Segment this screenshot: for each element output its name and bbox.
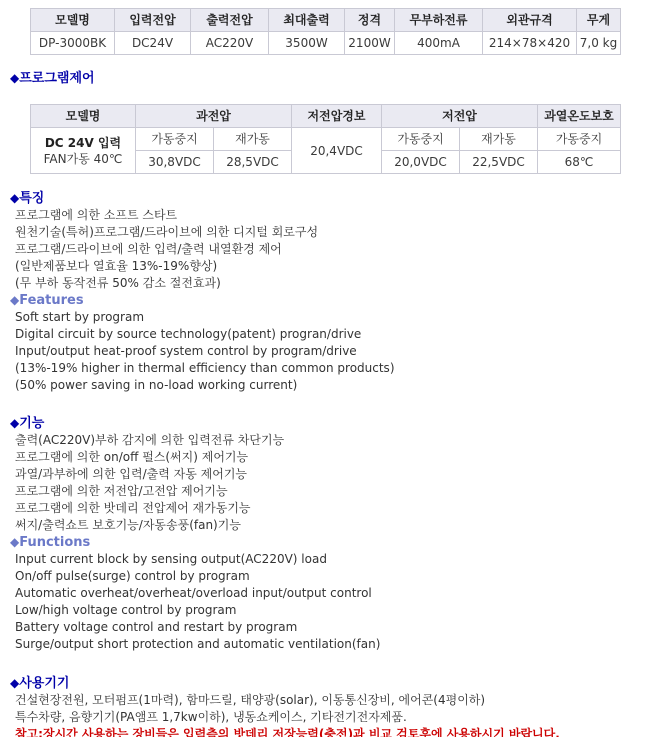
features-ko-line: 원천기술(특허)프로그램/드라이브에 의한 디지털 회로구성 — [10, 224, 651, 241]
functions-ko-line: 과열/과부하에 의한 입력/출력 자동 제어기능 — [10, 466, 651, 483]
spec-header-noload-current: 무부하전류 — [395, 9, 483, 32]
spec-value-model: DP-3000BK — [31, 32, 115, 55]
overheat-value: 68℃ — [538, 151, 621, 174]
functions-en-line: On/off pulse(surge) control by program — [10, 568, 651, 585]
program-header-model: 모델명 — [31, 105, 136, 128]
spec-header-output-voltage: 출력전압 — [191, 9, 269, 32]
spec-value-dimensions: 214×78×420 — [483, 32, 577, 55]
features-en-line: Soft start by program — [10, 309, 651, 326]
spec-header-weight: 무게 — [577, 9, 621, 32]
low-voltage-restart-label: 재가동 — [460, 128, 538, 151]
spec-header-max-output: 최대출력 — [269, 9, 345, 32]
section-title-features-ko: ◆특징 — [10, 190, 651, 207]
program-header-low-voltage: 저전압 — [382, 105, 538, 128]
low-voltage-stop-label: 가동중지 — [382, 128, 460, 151]
program-model-line2: FAN가동 40℃ — [33, 151, 133, 167]
functions-ko-line: 써지/출력쇼트 보호기능/자동송풍(fan)기능 — [10, 517, 651, 534]
applications-line: 특수차량, 음향기기(PA앰프 1,7kw이하), 냉동쇼케이스, 기타전기전자… — [10, 709, 651, 726]
spec-header-model: 모델명 — [31, 9, 115, 32]
features-ko-line: (무 부하 동작전류 50% 감소 절전효과) — [10, 275, 651, 292]
features-en-line: Digital circuit by source technology(pat… — [10, 326, 651, 343]
overvoltage-stop-label: 가동중지 — [136, 128, 214, 151]
diamond-icon: ◆ — [10, 191, 19, 205]
spec-table: 모델명 입력전압 출력전압 최대출력 정격 무부하전류 외관규격 무게 DP-3… — [30, 8, 621, 55]
program-table-header-row: 모델명 과전압 저전압경보 저전압 과열온도보호 — [31, 105, 621, 128]
program-header-overheat-protection: 과열온도보호 — [538, 105, 621, 128]
functions-en-line: Low/high voltage control by program — [10, 602, 651, 619]
section-title-functions-ko-label: 기능 — [19, 416, 44, 431]
section-title-functions-ko: ◆기능 — [10, 415, 651, 432]
spec-value-weight: 7,0 kg — [577, 32, 621, 55]
section-title-program-control: ◆프로그램제어 — [10, 70, 651, 87]
overvoltage-stop-value: 30,8VDC — [136, 151, 214, 174]
program-table-sub-row: DC 24V 입력 FAN가동 40℃ 가동중지 재가동 20,4VDC 가동중… — [31, 128, 621, 151]
overvoltage-restart-label: 재가동 — [214, 128, 292, 151]
features-ko-line: 프로그램/드라이브에 의한 입력/출력 내열환경 제어 — [10, 241, 651, 258]
overheat-label: 가동중지 — [538, 128, 621, 151]
program-header-overvoltage: 과전압 — [136, 105, 292, 128]
spec-header-dimensions: 외관규격 — [483, 9, 577, 32]
section-title-applications: ◆사용기기 — [10, 675, 651, 692]
diamond-icon: ◆ — [10, 676, 19, 690]
spec-table-header-row: 모델명 입력전압 출력전압 최대출력 정격 무부하전류 외관규격 무게 — [31, 9, 621, 32]
functions-ko-line: 프로그램에 의한 on/off 펄스(써지) 제어기능 — [10, 449, 651, 466]
functions-en-line: Input current block by sensing output(AC… — [10, 551, 651, 568]
features-en-line: (13%-19% higher in thermal efficiency th… — [10, 360, 651, 377]
spec-value-noload-current: 400mA — [395, 32, 483, 55]
spec-value-input-voltage: DC24V — [115, 32, 191, 55]
functions-ko-line: 프로그램에 의한 저전압/고전압 제어기능 — [10, 483, 651, 500]
features-ko-line: 프로그램에 의한 소프트 스타트 — [10, 207, 651, 224]
low-voltage-alarm-value: 20,4VDC — [292, 128, 382, 174]
low-voltage-restart-value: 22,5VDC — [460, 151, 538, 174]
functions-en-line: Surge/output short protection and automa… — [10, 636, 651, 653]
program-model-cell: DC 24V 입력 FAN가동 40℃ — [31, 128, 136, 174]
section-title-features-en-label: Features — [19, 293, 83, 308]
product-spec-page: 모델명 입력전압 출력전압 최대출력 정격 무부하전류 외관규격 무게 DP-3… — [0, 0, 651, 737]
features-en-line: Input/output heat-proof system control b… — [10, 343, 651, 360]
low-voltage-stop-value: 20,0VDC — [382, 151, 460, 174]
functions-en-line: Battery voltage control and restart by p… — [10, 619, 651, 636]
program-model-line1: DC 24V 입력 — [33, 135, 133, 151]
section-title-program-control-label: 프로그램제어 — [19, 71, 94, 86]
spec-value-max-output: 3500W — [269, 32, 345, 55]
diamond-icon: ◆ — [10, 293, 19, 307]
section-title-functions-en: ◆Functions — [10, 534, 651, 551]
spec-header-rating: 정격 — [345, 9, 395, 32]
applications-warning-note: 참고:장시간 사용하는 장비들은 입력측의 밧데리 저장능력(충전)과 비교 검… — [10, 726, 651, 737]
features-ko-line: (일반제품보다 열효율 13%-19%향상) — [10, 258, 651, 275]
applications-line: 건설현장전원, 모터펌프(1마력), 함마드릴, 태양광(solar), 이동통… — [10, 692, 651, 709]
functions-en-line: Automatic overheat/overheat/overload inp… — [10, 585, 651, 602]
spec-table-value-row: DP-3000BK DC24V AC220V 3500W 2100W 400mA… — [31, 32, 621, 55]
diamond-icon: ◆ — [10, 71, 19, 85]
overvoltage-restart-value: 28,5VDC — [214, 151, 292, 174]
program-control-table: 모델명 과전압 저전압경보 저전압 과열온도보호 DC 24V 입력 FAN가동… — [30, 104, 621, 174]
section-title-applications-label: 사용기기 — [19, 676, 69, 691]
spec-value-rating: 2100W — [345, 32, 395, 55]
spec-value-output-voltage: AC220V — [191, 32, 269, 55]
spec-header-input-voltage: 입력전압 — [115, 9, 191, 32]
program-header-low-voltage-alarm: 저전압경보 — [292, 105, 382, 128]
section-title-functions-en-label: Functions — [19, 535, 90, 550]
features-en-line: (50% power saving in no-load working cur… — [10, 377, 651, 394]
section-title-features-ko-label: 특징 — [19, 191, 44, 206]
section-title-features-en: ◆Features — [10, 292, 651, 309]
diamond-icon: ◆ — [10, 535, 19, 549]
functions-ko-line: 프로그램에 의한 밧데리 전압제어 재가동기능 — [10, 500, 651, 517]
functions-ko-line: 출력(AC220V)부하 감지에 의한 입력전류 차단기능 — [10, 432, 651, 449]
diamond-icon: ◆ — [10, 416, 19, 430]
